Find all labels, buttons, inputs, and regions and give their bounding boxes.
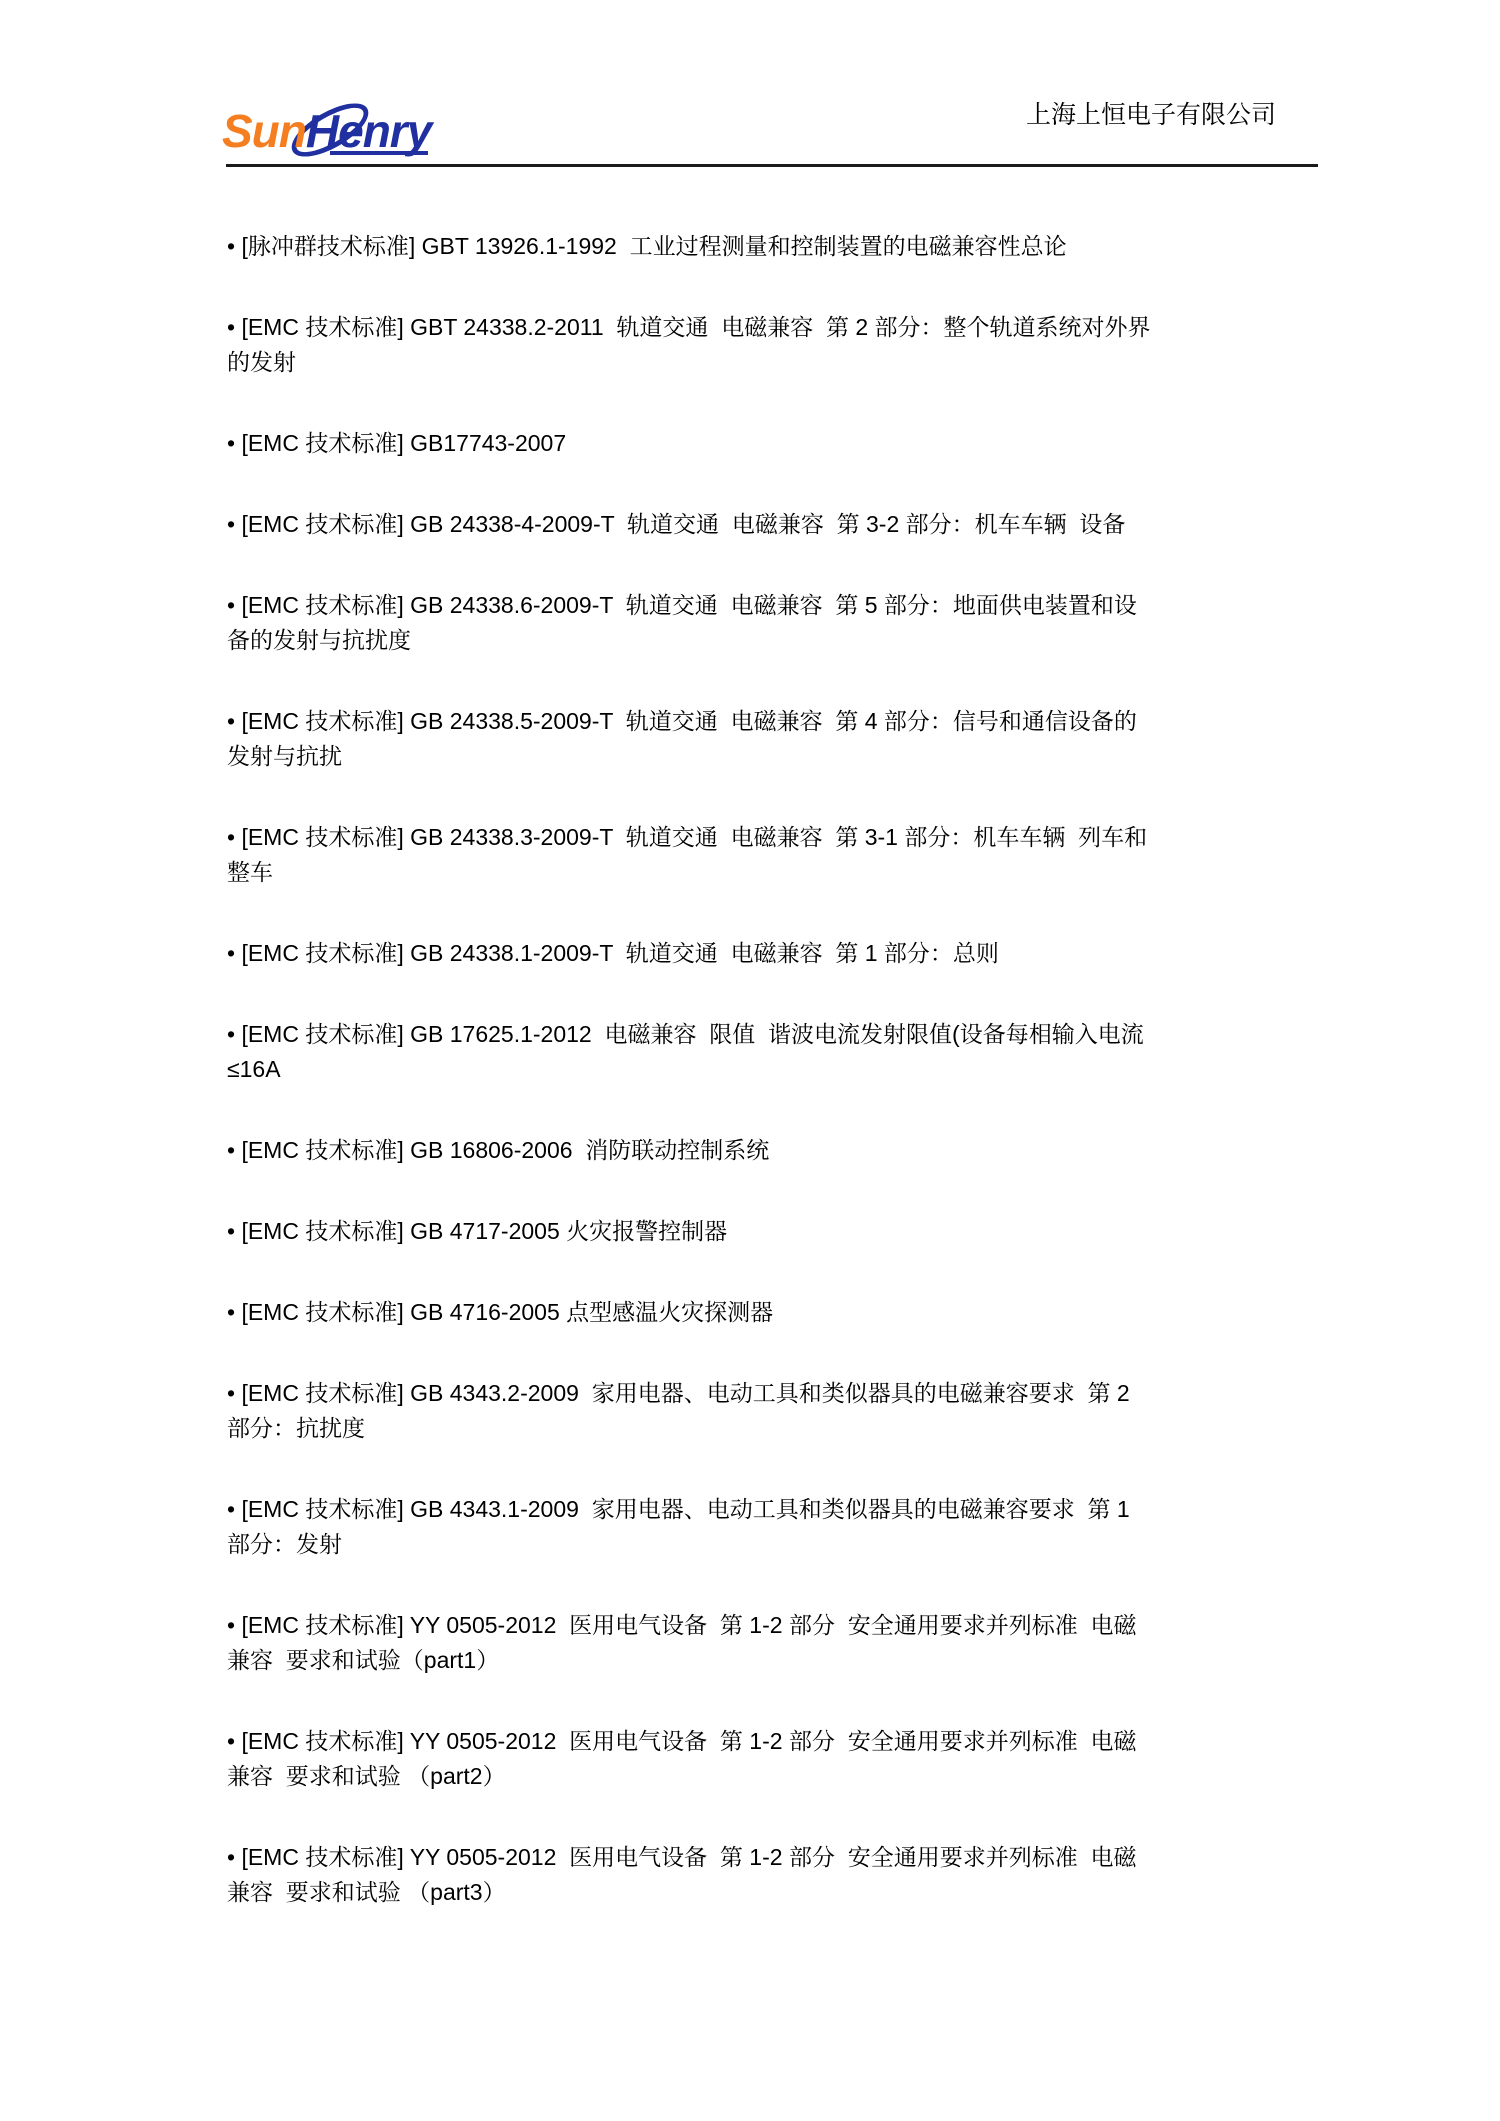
list-item-text: • [EMC 技术标准] GB 24338.6-2009-T 轨道交通 电磁兼容… [227, 588, 1357, 623]
list-item-text: • [EMC 技术标准] GB 4343.1-2009 家用电器、电动工具和类似… [227, 1492, 1357, 1527]
list-item: • [EMC 技术标准] GB 4717-2005 火灾报警控制器 [227, 1214, 1357, 1249]
list-item-text: • [EMC 技术标准] GB 4717-2005 火灾报警控制器 [227, 1214, 1357, 1249]
bullet-icon: • [227, 592, 241, 618]
document-page: SunHenry 上海上恒电子有限公司 • [脉冲群技术标准] GBT 1392… [0, 0, 1500, 2121]
bullet-icon: • [227, 1137, 241, 1163]
list-item-text: • [EMC 技术标准] GB 4716-2005 点型感温火灾探测器 [227, 1295, 1357, 1330]
list-item-text: • [EMC 技术标准] GB 17625.1-2012 电磁兼容 限值 谐波电… [227, 1017, 1357, 1052]
list-item: • [EMC 技术标准] GB 17625.1-2012 电磁兼容 限值 谐波电… [227, 1017, 1357, 1087]
bullet-icon: • [227, 1380, 241, 1406]
sunhenry-logo: SunHenry [222, 88, 437, 168]
standards-list: • [脉冲群技术标准] GBT 13926.1-1992 工业过程测量和控制装置… [227, 229, 1357, 1956]
list-item-line-text: 兼容 要求和试验（part1） [227, 1647, 499, 1673]
list-item: • [EMC 技术标准] GB 4716-2005 点型感温火灾探测器 [227, 1295, 1357, 1330]
list-item-line-text: 部分：发射 [227, 1531, 342, 1557]
list-item-text: • [EMC 技术标准] GB 24338.1-2009-T 轨道交通 电磁兼容… [227, 936, 1357, 971]
bullet-icon: • [227, 1496, 241, 1522]
bullet-icon: • [227, 940, 241, 966]
list-item-line-text: [EMC 技术标准] GB 24338.6-2009-T 轨道交通 电磁兼容 第… [241, 592, 1136, 618]
list-item-text: • [脉冲群技术标准] GBT 13926.1-1992 工业过程测量和控制装置… [227, 229, 1357, 264]
list-item-line-text: [EMC 技术标准] GB 17625.1-2012 电磁兼容 限值 谐波电流发… [241, 1021, 1143, 1047]
logo-text-henry: Henry [306, 105, 431, 157]
bullet-icon: • [227, 1021, 241, 1047]
list-item-line-text: [EMC 技术标准] GB 24338-4-2009-T 轨道交通 电磁兼容 第… [241, 511, 1125, 537]
list-item-continuation: 的发射 [227, 345, 1357, 380]
list-item-line-text: 部分：抗扰度 [227, 1415, 365, 1441]
bullet-icon: • [227, 430, 241, 456]
list-item: • [EMC 技术标准] GB 4343.2-2009 家用电器、电动工具和类似… [227, 1376, 1357, 1446]
list-item-line-text: 整车 [227, 859, 273, 885]
bullet-icon: • [227, 314, 241, 340]
list-item: • [EMC 技术标准] GB 24338.6-2009-T 轨道交通 电磁兼容… [227, 588, 1357, 658]
list-item-text: • [EMC 技术标准] GBT 24338.2-2011 轨道交通 电磁兼容 … [227, 310, 1357, 345]
bullet-icon: • [227, 1844, 241, 1870]
list-item-continuation: 兼容 要求和试验（part1） [227, 1643, 1357, 1678]
list-item: • [EMC 技术标准] GB 24338.5-2009-T 轨道交通 电磁兼容… [227, 704, 1357, 774]
list-item: • [EMC 技术标准] YY 0505-2012 医用电气设备 第 1-2 部… [227, 1608, 1357, 1678]
list-item-continuation: 发射与抗扰 [227, 739, 1357, 774]
list-item-line-text: ≤16A [227, 1056, 281, 1082]
list-item-line-text: [EMC 技术标准] YY 0505-2012 医用电气设备 第 1-2 部分 … [241, 1728, 1136, 1754]
list-item-line-text: [EMC 技术标准] GBT 24338.2-2011 轨道交通 电磁兼容 第 … [241, 314, 1150, 340]
list-item-line-text: 发射与抗扰 [227, 743, 342, 769]
list-item-continuation: 部分：抗扰度 [227, 1411, 1357, 1446]
list-item-text: • [EMC 技术标准] GB 24338-4-2009-T 轨道交通 电磁兼容… [227, 507, 1357, 542]
list-item-continuation: 兼容 要求和试验 （part3） [227, 1875, 1357, 1910]
list-item-line-text: 备的发射与抗扰度 [227, 627, 411, 653]
list-item: • [EMC 技术标准] GB 24338.1-2009-T 轨道交通 电磁兼容… [227, 936, 1357, 971]
list-item-line-text: [EMC 技术标准] YY 0505-2012 医用电气设备 第 1-2 部分 … [241, 1612, 1136, 1638]
list-item: • [EMC 技术标准] GBT 24338.2-2011 轨道交通 电磁兼容 … [227, 310, 1357, 380]
list-item-line-text: [EMC 技术标准] GB 24338.5-2009-T 轨道交通 电磁兼容 第… [241, 708, 1136, 734]
list-item-line-text: [脉冲群技术标准] GBT 13926.1-1992 工业过程测量和控制装置的电… [241, 233, 1066, 259]
list-item: • [EMC 技术标准] GB 24338.3-2009-T 轨道交通 电磁兼容… [227, 820, 1357, 890]
list-item-text: • [EMC 技术标准] YY 0505-2012 医用电气设备 第 1-2 部… [227, 1724, 1357, 1759]
list-item-continuation: 备的发射与抗扰度 [227, 623, 1357, 658]
list-item-line-text: [EMC 技术标准] GB 16806-2006 消防联动控制系统 [241, 1137, 769, 1163]
list-item: • [EMC 技术标准] GB 24338-4-2009-T 轨道交通 电磁兼容… [227, 507, 1357, 542]
list-item-line-text: 兼容 要求和试验 （part2） [227, 1763, 506, 1789]
company-name: 上海上恒电子有限公司 [1026, 101, 1276, 131]
list-item-line-text: 的发射 [227, 349, 296, 375]
bullet-icon: • [227, 511, 241, 537]
list-item: • [脉冲群技术标准] GBT 13926.1-1992 工业过程测量和控制装置… [227, 229, 1357, 264]
list-item: • [EMC 技术标准] GB 16806-2006 消防联动控制系统 [227, 1133, 1357, 1168]
list-item-text: • [EMC 技术标准] GB 4343.2-2009 家用电器、电动工具和类似… [227, 1376, 1357, 1411]
list-item-line-text: [EMC 技术标准] YY 0505-2012 医用电气设备 第 1-2 部分 … [241, 1844, 1136, 1870]
list-item-text: • [EMC 技术标准] GB 16806-2006 消防联动控制系统 [227, 1133, 1357, 1168]
header-divider [226, 164, 1318, 167]
list-item-line-text: [EMC 技术标准] GB 4716-2005 点型感温火灾探测器 [241, 1299, 773, 1325]
list-item: • [EMC 技术标准] GB 4343.1-2009 家用电器、电动工具和类似… [227, 1492, 1357, 1562]
list-item-line-text: [EMC 技术标准] GB17743-2007 [241, 430, 566, 456]
bullet-icon: • [227, 1299, 241, 1325]
list-item-line-text: 兼容 要求和试验 （part3） [227, 1879, 506, 1905]
bullet-icon: • [227, 1728, 241, 1754]
list-item: • [EMC 技术标准] GB17743-2007 [227, 426, 1357, 461]
bullet-icon: • [227, 233, 241, 259]
list-item-text: • [EMC 技术标准] YY 0505-2012 医用电气设备 第 1-2 部… [227, 1840, 1357, 1875]
list-item-continuation: ≤16A [227, 1052, 1357, 1087]
list-item: • [EMC 技术标准] YY 0505-2012 医用电气设备 第 1-2 部… [227, 1724, 1357, 1794]
list-item-line-text: [EMC 技术标准] GB 24338.1-2009-T 轨道交通 电磁兼容 第… [241, 940, 998, 966]
list-item-line-text: [EMC 技术标准] GB 4343.1-2009 家用电器、电动工具和类似器具… [241, 1496, 1129, 1522]
logo-text: SunHenry [222, 108, 431, 154]
bullet-icon: • [227, 708, 241, 734]
list-item-line-text: [EMC 技术标准] GB 24338.3-2009-T 轨道交通 电磁兼容 第… [241, 824, 1147, 850]
bullet-icon: • [227, 824, 241, 850]
bullet-icon: • [227, 1612, 241, 1638]
bullet-icon: • [227, 1218, 241, 1244]
list-item: • [EMC 技术标准] YY 0505-2012 医用电气设备 第 1-2 部… [227, 1840, 1357, 1910]
list-item-text: • [EMC 技术标准] GB17743-2007 [227, 426, 1357, 461]
list-item-line-text: [EMC 技术标准] GB 4343.2-2009 家用电器、电动工具和类似器具… [241, 1380, 1129, 1406]
list-item-line-text: [EMC 技术标准] GB 4717-2005 火灾报警控制器 [241, 1218, 727, 1244]
list-item-text: • [EMC 技术标准] YY 0505-2012 医用电气设备 第 1-2 部… [227, 1608, 1357, 1643]
list-item-continuation: 部分：发射 [227, 1527, 1357, 1562]
logo-text-sun: Sun [222, 105, 306, 157]
list-item-text: • [EMC 技术标准] GB 24338.5-2009-T 轨道交通 电磁兼容… [227, 704, 1357, 739]
list-item-continuation: 整车 [227, 855, 1357, 890]
logo-underline [330, 151, 428, 155]
list-item-continuation: 兼容 要求和试验 （part2） [227, 1759, 1357, 1794]
list-item-text: • [EMC 技术标准] GB 24338.3-2009-T 轨道交通 电磁兼容… [227, 820, 1357, 855]
